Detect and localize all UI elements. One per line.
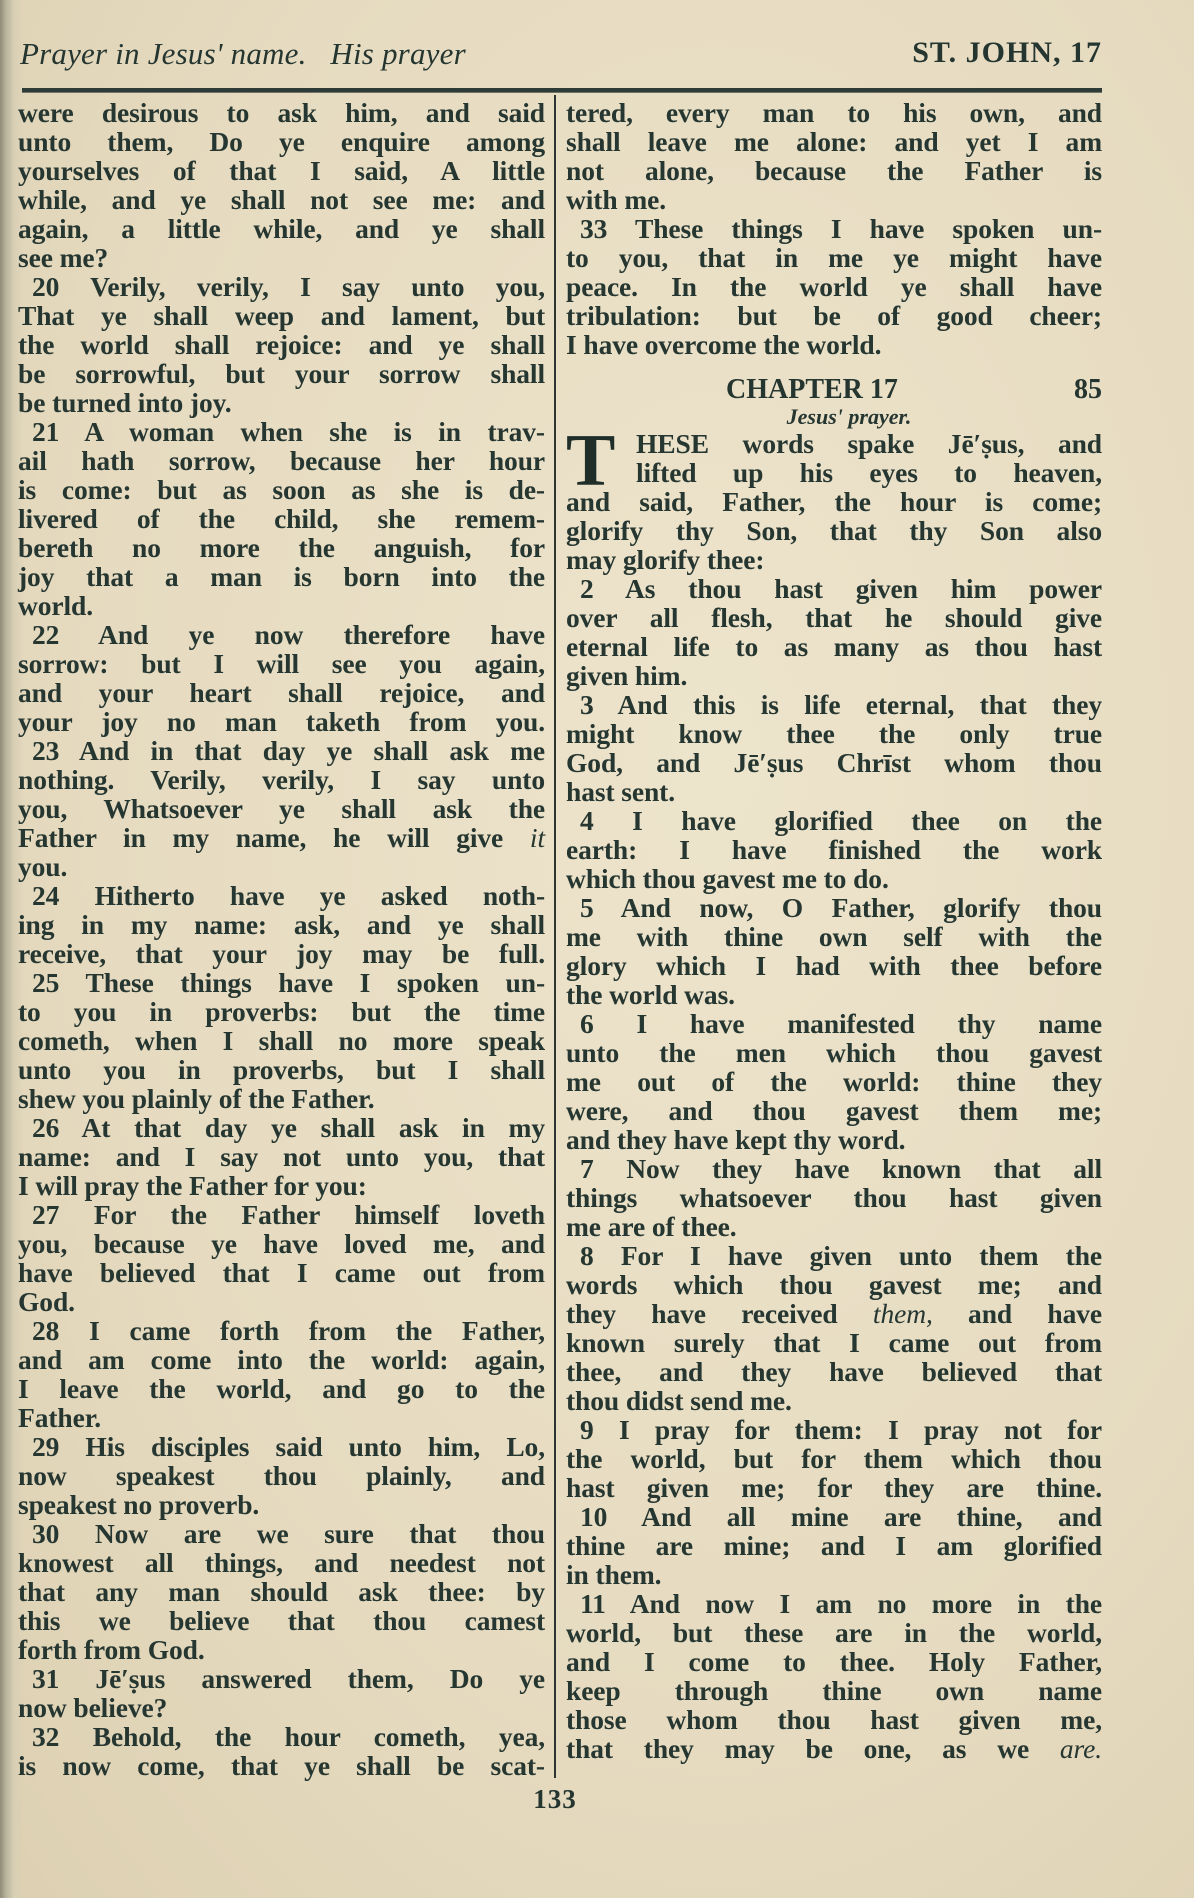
text-line: while, and ye shall not see me: and — [18, 185, 545, 214]
text-line: glorify thy Son, that thy Son also — [566, 516, 1102, 545]
text-line: you, Whatsoever ye shall ask the — [18, 794, 545, 823]
text-line: 11 And now I am no more in the — [566, 1589, 1102, 1618]
text-line: again, a little while, and ye shall — [18, 214, 545, 243]
text-line: 4 I have glorified thee on the — [566, 806, 1102, 835]
text-line: tribulation: but be of good cheer; — [566, 301, 1102, 330]
text-line: and they have kept thy word. — [566, 1125, 1102, 1154]
text-line: HESE words spake Jē′ṣus, and — [566, 429, 1102, 458]
text-line: me with thine own self with the — [566, 922, 1102, 951]
text-line: 21 A woman when she is in trav- — [18, 417, 545, 446]
text-line: Father in my name, he will give it — [18, 823, 545, 852]
text-line: God. — [18, 1287, 545, 1316]
text-line: known surely that I came out from — [566, 1328, 1102, 1357]
text-line: the world, but for them which thou — [566, 1444, 1102, 1473]
text-line: your joy no man taketh from you. — [18, 707, 545, 736]
text-line: they have received them, and have — [566, 1299, 1102, 1328]
text-line: and am come into the world: again, — [18, 1345, 545, 1374]
text-line: 30 Now are we sure that thou — [18, 1519, 545, 1548]
right-column: tered, every man to his own, andshall le… — [566, 98, 1102, 1763]
text-line: words which thou gavest me; and — [566, 1270, 1102, 1299]
text-line: that any man should ask thee: by — [18, 1577, 545, 1606]
text-line: that they may be one, as we are. — [566, 1734, 1102, 1763]
column-divider — [554, 95, 556, 1778]
text-line: peace. In the world ye shall have — [566, 272, 1102, 301]
text-line: hast sent. — [566, 777, 1102, 806]
text-line: world. — [18, 591, 545, 620]
text-line: glory which I had with thee before — [566, 951, 1102, 980]
text-line: eternal life to as many as thou hast — [566, 632, 1102, 661]
text-line: ail hath sorrow, because her hour — [18, 446, 545, 475]
text-line: 27 For the Father himself loveth — [18, 1200, 545, 1229]
text-line: speakest no proverb. — [18, 1490, 545, 1519]
header-rule — [22, 88, 1102, 93]
text-line: bereth no more the anguish, for — [18, 533, 545, 562]
running-head-right: ST. JOHN, 17 — [912, 36, 1102, 70]
text-line: yourselves of that I said, A little — [18, 156, 545, 185]
text-line: 2 As thou hast given him power — [566, 574, 1102, 603]
text-line: cometh, when I shall no more speak — [18, 1026, 545, 1055]
text-line: not alone, because the Father is — [566, 156, 1102, 185]
text-line: be turned into joy. — [18, 388, 545, 417]
drop-cap: T — [566, 431, 615, 491]
page-number: 133 — [0, 1784, 1110, 1815]
text-line: might know thee the only true — [566, 719, 1102, 748]
text-line: thine are mine; and I am glorified — [566, 1531, 1102, 1560]
text-line: now believe? — [18, 1693, 545, 1722]
text-line: 5 And now, O Father, glorify thou — [566, 893, 1102, 922]
bible-page: Prayer in Jesus' name. His prayer ST. JO… — [0, 0, 1194, 1898]
text-line: to you in proverbs: but the time — [18, 997, 545, 1026]
text-line: unto the men which thou gavest — [566, 1038, 1102, 1067]
text-line: given him. — [566, 661, 1102, 690]
text-line: see me? — [18, 243, 545, 272]
text-line: you, because ye have loved me, and — [18, 1229, 545, 1258]
text-line: were desirous to ask him, and said — [18, 98, 545, 127]
text-line: me are of thee. — [566, 1212, 1102, 1241]
text-line: were, and thou gavest them me; — [566, 1096, 1102, 1125]
text-line: unto them, Do ye enquire among — [18, 127, 545, 156]
chapter-subtitle: Jesus' prayer. — [566, 404, 1102, 429]
text-line: and your heart shall rejoice, and — [18, 678, 545, 707]
text-line: be sorrowful, but your sorrow shall — [18, 359, 545, 388]
text-line: this we believe that thou camest — [18, 1606, 545, 1635]
text-line: 8 For I have given unto them the — [566, 1241, 1102, 1270]
text-line: the world was. — [566, 980, 1102, 1009]
text-line: is come: but as soon as she is de- — [18, 475, 545, 504]
chapter-heading: CHAPTER 17 85 — [566, 375, 1102, 404]
text-line: livered of the child, she remem- — [18, 504, 545, 533]
text-line: now speakest thou plainly, and — [18, 1461, 545, 1490]
text-line: and I come to thee. Holy Father, — [566, 1647, 1102, 1676]
text-line: 25 These things have I spoken un- — [18, 968, 545, 997]
text-line: in them. — [566, 1560, 1102, 1589]
text-line: That ye shall weep and lament, but — [18, 301, 545, 330]
chapter-title: CHAPTER 17 — [726, 375, 898, 404]
text-line: things whatsoever thou hast given — [566, 1183, 1102, 1212]
text-line: 26 At that day ye shall ask in my — [18, 1113, 545, 1142]
text-line: 20 Verily, verily, I say unto you, — [18, 272, 545, 301]
text-line: 10 And all mine are thine, and — [566, 1502, 1102, 1531]
text-line: 33 These things I have spoken un- — [566, 214, 1102, 243]
text-line: shall leave me alone: and yet I am — [566, 127, 1102, 156]
chapter-reference-number: 85 — [1074, 375, 1102, 404]
text-line: I have overcome the world. — [566, 330, 1102, 359]
text-line: which thou gavest me to do. — [566, 864, 1102, 893]
chapter-body: T HESE words spake Jē′ṣus, andlifted up … — [566, 429, 1102, 1763]
right-column-top-text: tered, every man to his own, andshall le… — [566, 98, 1102, 359]
text-line: me out of the world: thine they — [566, 1067, 1102, 1096]
text-line: 7 Now they have known that all — [566, 1154, 1102, 1183]
text-line: 23 And in that day ye shall ask me — [18, 736, 545, 765]
text-line: earth: I have finished the work — [566, 835, 1102, 864]
text-line: God, and Jē′ṣus Chrīst whom thou — [566, 748, 1102, 777]
text-line: 22 And ye now therefore have — [18, 620, 545, 649]
text-line: thou didst send me. — [566, 1386, 1102, 1415]
text-line: tered, every man to his own, and — [566, 98, 1102, 127]
text-line: with me. — [566, 185, 1102, 214]
text-line: 3 And this is life eternal, that they — [566, 690, 1102, 719]
running-head-left: Prayer in Jesus' name. His prayer — [20, 36, 466, 72]
text-line: world, but these are in the world, — [566, 1618, 1102, 1647]
text-line: thee, and they have believed that — [566, 1357, 1102, 1386]
text-line: I leave the world, and go to the — [18, 1374, 545, 1403]
text-line: receive, that your joy may be full. — [18, 939, 545, 968]
text-line: you. — [18, 852, 545, 881]
chapter-text: HESE words spake Jē′ṣus, andlifted up hi… — [566, 429, 1102, 1763]
text-line: and said, Father, the hour is come; — [566, 487, 1102, 516]
text-line: shew you plainly of the Father. — [18, 1084, 545, 1113]
text-line: 28 I came forth from the Father, — [18, 1316, 545, 1345]
text-line: Father. — [18, 1403, 545, 1432]
text-line: 24 Hitherto have ye asked noth- — [18, 881, 545, 910]
text-line: lifted up his eyes to heaven, — [566, 458, 1102, 487]
text-line: 31 Jē′ṣus answered them, Do ye — [18, 1664, 545, 1693]
text-line: 6 I have manifested thy name — [566, 1009, 1102, 1038]
text-line: have believed that I came out from — [18, 1258, 545, 1287]
text-line: forth from God. — [18, 1635, 545, 1664]
text-line: knowest all things, and needest not — [18, 1548, 545, 1577]
text-line: 32 Behold, the hour cometh, yea, — [18, 1722, 545, 1751]
text-line: keep through thine own name — [566, 1676, 1102, 1705]
text-line: name: and I say not unto you, that — [18, 1142, 545, 1171]
text-line: the world shall rejoice: and ye shall — [18, 330, 545, 359]
text-line: I will pray the Father for you: — [18, 1171, 545, 1200]
text-line: joy that a man is born into the — [18, 562, 545, 591]
text-line: ing in my name: ask, and ye shall — [18, 910, 545, 939]
text-line: 9 I pray for them: I pray not for — [566, 1415, 1102, 1444]
text-line: nothing. Verily, verily, I say unto — [18, 765, 545, 794]
left-column: were desirous to ask him, and saidunto t… — [18, 98, 545, 1780]
text-line: may glorify thee: — [566, 545, 1102, 574]
text-line: sorrow: but I will see you again, — [18, 649, 545, 678]
text-line: hast given me; for they are thine. — [566, 1473, 1102, 1502]
text-line: over all flesh, that he should give — [566, 603, 1102, 632]
text-line: unto you in proverbs, but I shall — [18, 1055, 545, 1084]
text-line: is now come, that ye shall be scat- — [18, 1751, 545, 1780]
text-line: those whom thou hast given me, — [566, 1705, 1102, 1734]
text-line: to you, that in me ye might have — [566, 243, 1102, 272]
text-line: 29 His disciples said unto him, Lo, — [18, 1432, 545, 1461]
